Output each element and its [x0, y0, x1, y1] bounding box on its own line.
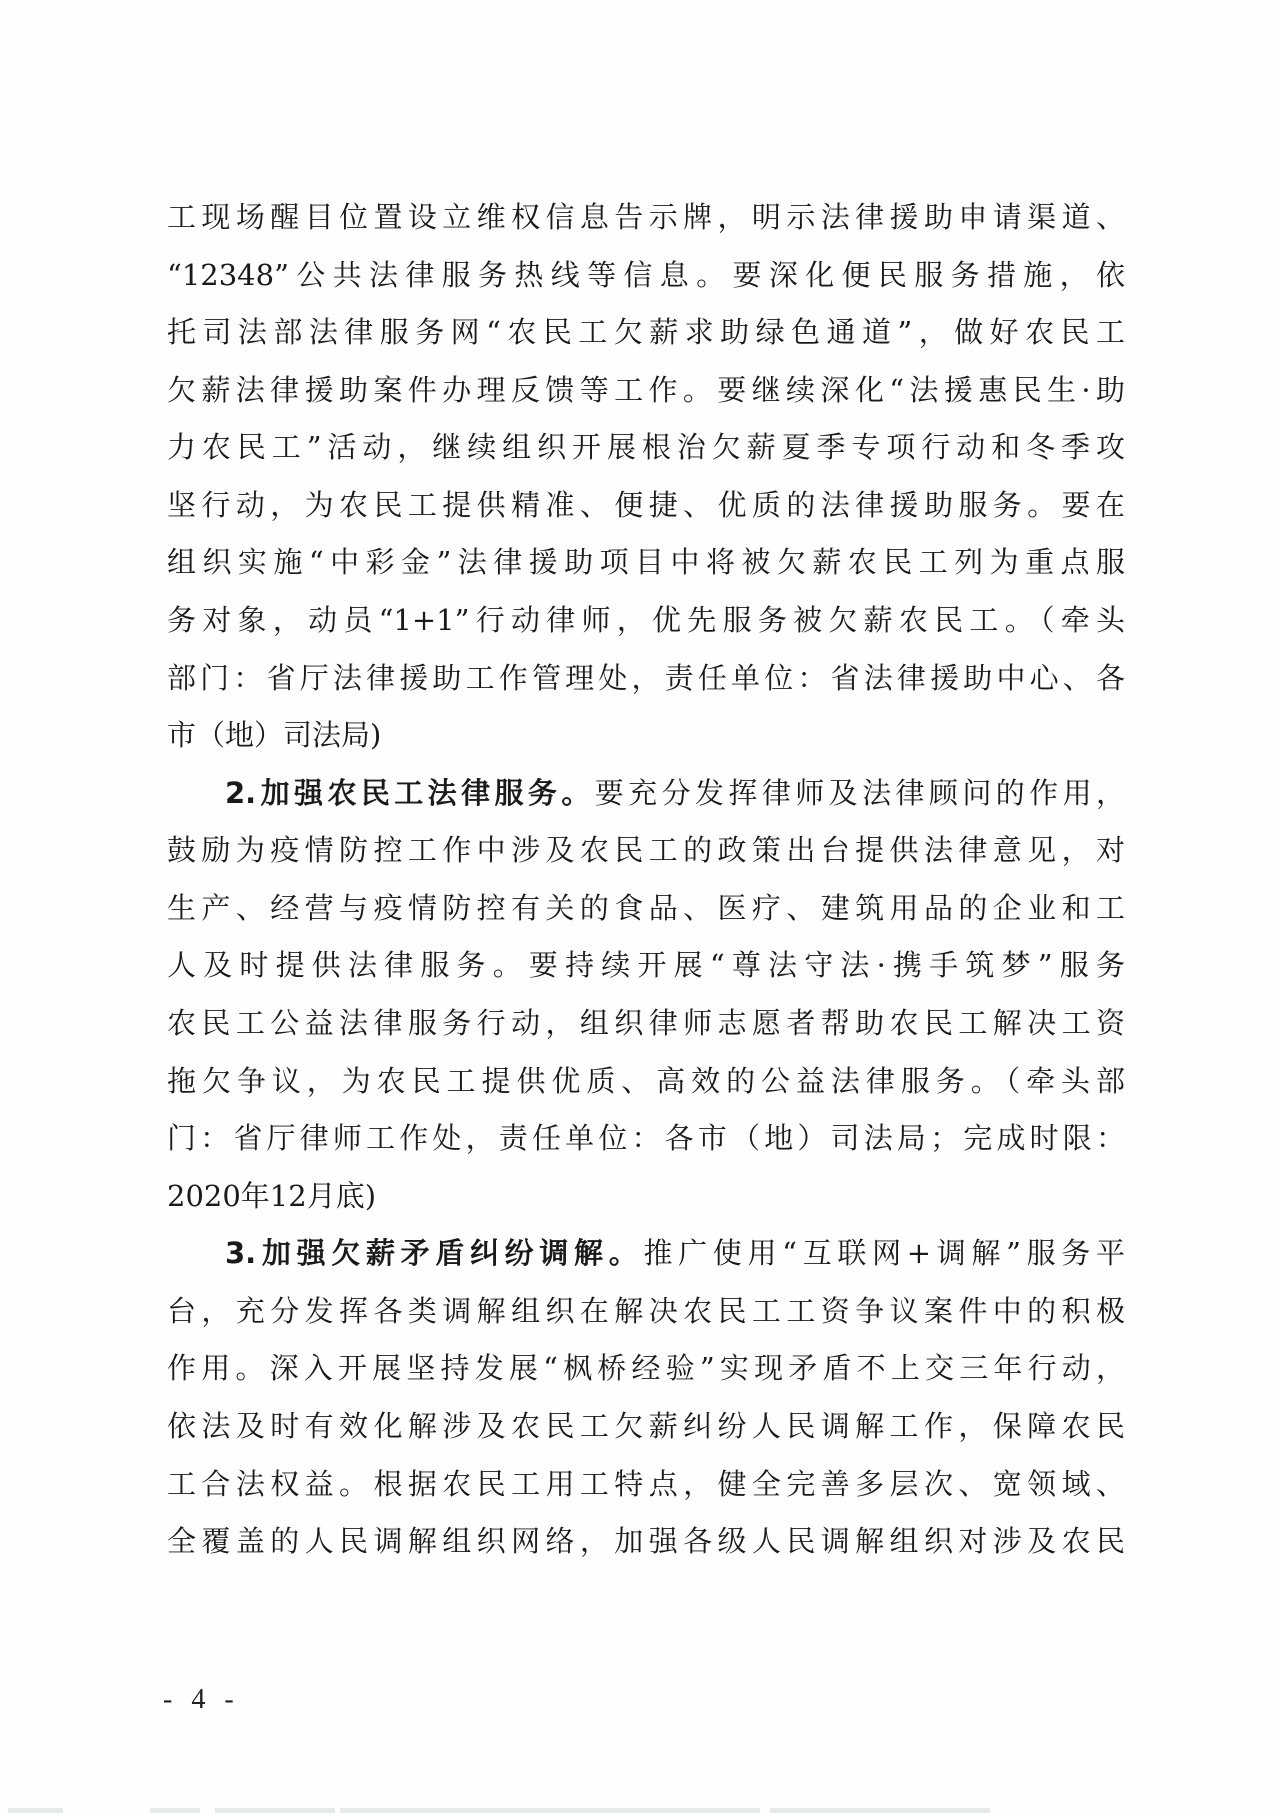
text-run: 要充分发挥律师及法律顾问的作用， [595, 776, 1125, 810]
scan-artifact [340, 1808, 760, 1813]
text-line: 农民工公益法律服务行动，组织律师志愿者帮助农民工解决工资 [167, 1006, 1125, 1040]
text-line: 台，充分发挥各类调解组织在解决农民工工资争议案件中的积极 [167, 1294, 1125, 1328]
scan-artifact [8, 1808, 63, 1813]
section-heading: 3.加强欠薪矛盾纠纷调解。 [225, 1236, 643, 1270]
text-line: 2020年12月底) [167, 1179, 1125, 1213]
text-line: 务对象，动员“1+1”行动律师，优先服务被欠薪农民工。（牵头 [167, 603, 1125, 637]
text-line: 工现场醒目位置设立维权信息告示牌，明示法律援助申请渠道、 [167, 200, 1125, 234]
section-heading-line: 2.加强农民工法律服务。要充分发挥律师及法律顾问的作用， [225, 776, 1125, 810]
text-line: 鼓励为疫情防控工作中涉及农民工的政策出台提供法律意见，对 [167, 833, 1125, 867]
text-line: 力农民工”活动，继续组织开展根治欠薪夏季专项行动和冬季攻 [167, 430, 1125, 464]
text-line: 市（地）司法局) [167, 718, 1125, 752]
text-line: 门：省厅律师工作处，责任单位：各市（地）司法局；完成时限： [167, 1121, 1125, 1155]
text-line: 托司法部法律服务网“农民工欠薪求助绿色通道”，做好农民工 [167, 315, 1125, 349]
scan-artifact [150, 1808, 200, 1813]
page-number: - 4 - [163, 1684, 240, 1716]
text-line: “12348”公共法律服务热线等信息。要深化便民服务措施，依 [167, 258, 1125, 292]
text-line: 全覆盖的人民调解组织网络，加强各级人民调解组织对涉及农民 [167, 1524, 1125, 1558]
text-line: 生产、经营与疫情防控有关的食品、医疗、建筑用品的企业和工 [167, 891, 1125, 925]
text-line: 组织实施“中彩金”法律援助项目中将被欠薪农民工列为重点服 [167, 545, 1125, 579]
text-run: 推广使用“互联网+调解”服务平 [643, 1236, 1125, 1270]
text-line: 部门：省厅法律援助工作管理处，责任单位：省法律援助中心、各 [167, 661, 1125, 695]
text-line: 工合法权益。根据农民工用工特点，健全完善多层次、宽领域、 [167, 1467, 1125, 1501]
text-line: 坚行动，为农民工提供精准、便捷、优质的法律援助服务。要在 [167, 488, 1125, 522]
document-page: 工现场醒目位置设立维权信息告示牌，明示法律援助申请渠道、 “12348”公共法律… [0, 0, 1280, 1813]
text-line: 依法及时有效化解涉及农民工欠薪纠纷人民调解工作，保障农民 [167, 1409, 1125, 1443]
scan-artifact [215, 1808, 335, 1813]
scan-artifact [770, 1808, 990, 1813]
text-line: 欠薪法律援助案件办理反馈等工作。要继续深化“法援惠民生·助 [167, 373, 1125, 407]
text-line: 拖欠争议，为农民工提供优质、高效的公益法律服务。（牵头部 [167, 1064, 1125, 1098]
text-line: 人及时提供法律服务。要持续开展“尊法守法·携手筑梦”服务 [167, 948, 1125, 982]
section-heading: 2.加强农民工法律服务。 [225, 776, 595, 810]
text-line: 作用。深入开展坚持发展“枫桥经验”实现矛盾不上交三年行动， [167, 1351, 1125, 1385]
section-heading-line: 3.加强欠薪矛盾纠纷调解。推广使用“互联网+调解”服务平 [225, 1236, 1125, 1270]
